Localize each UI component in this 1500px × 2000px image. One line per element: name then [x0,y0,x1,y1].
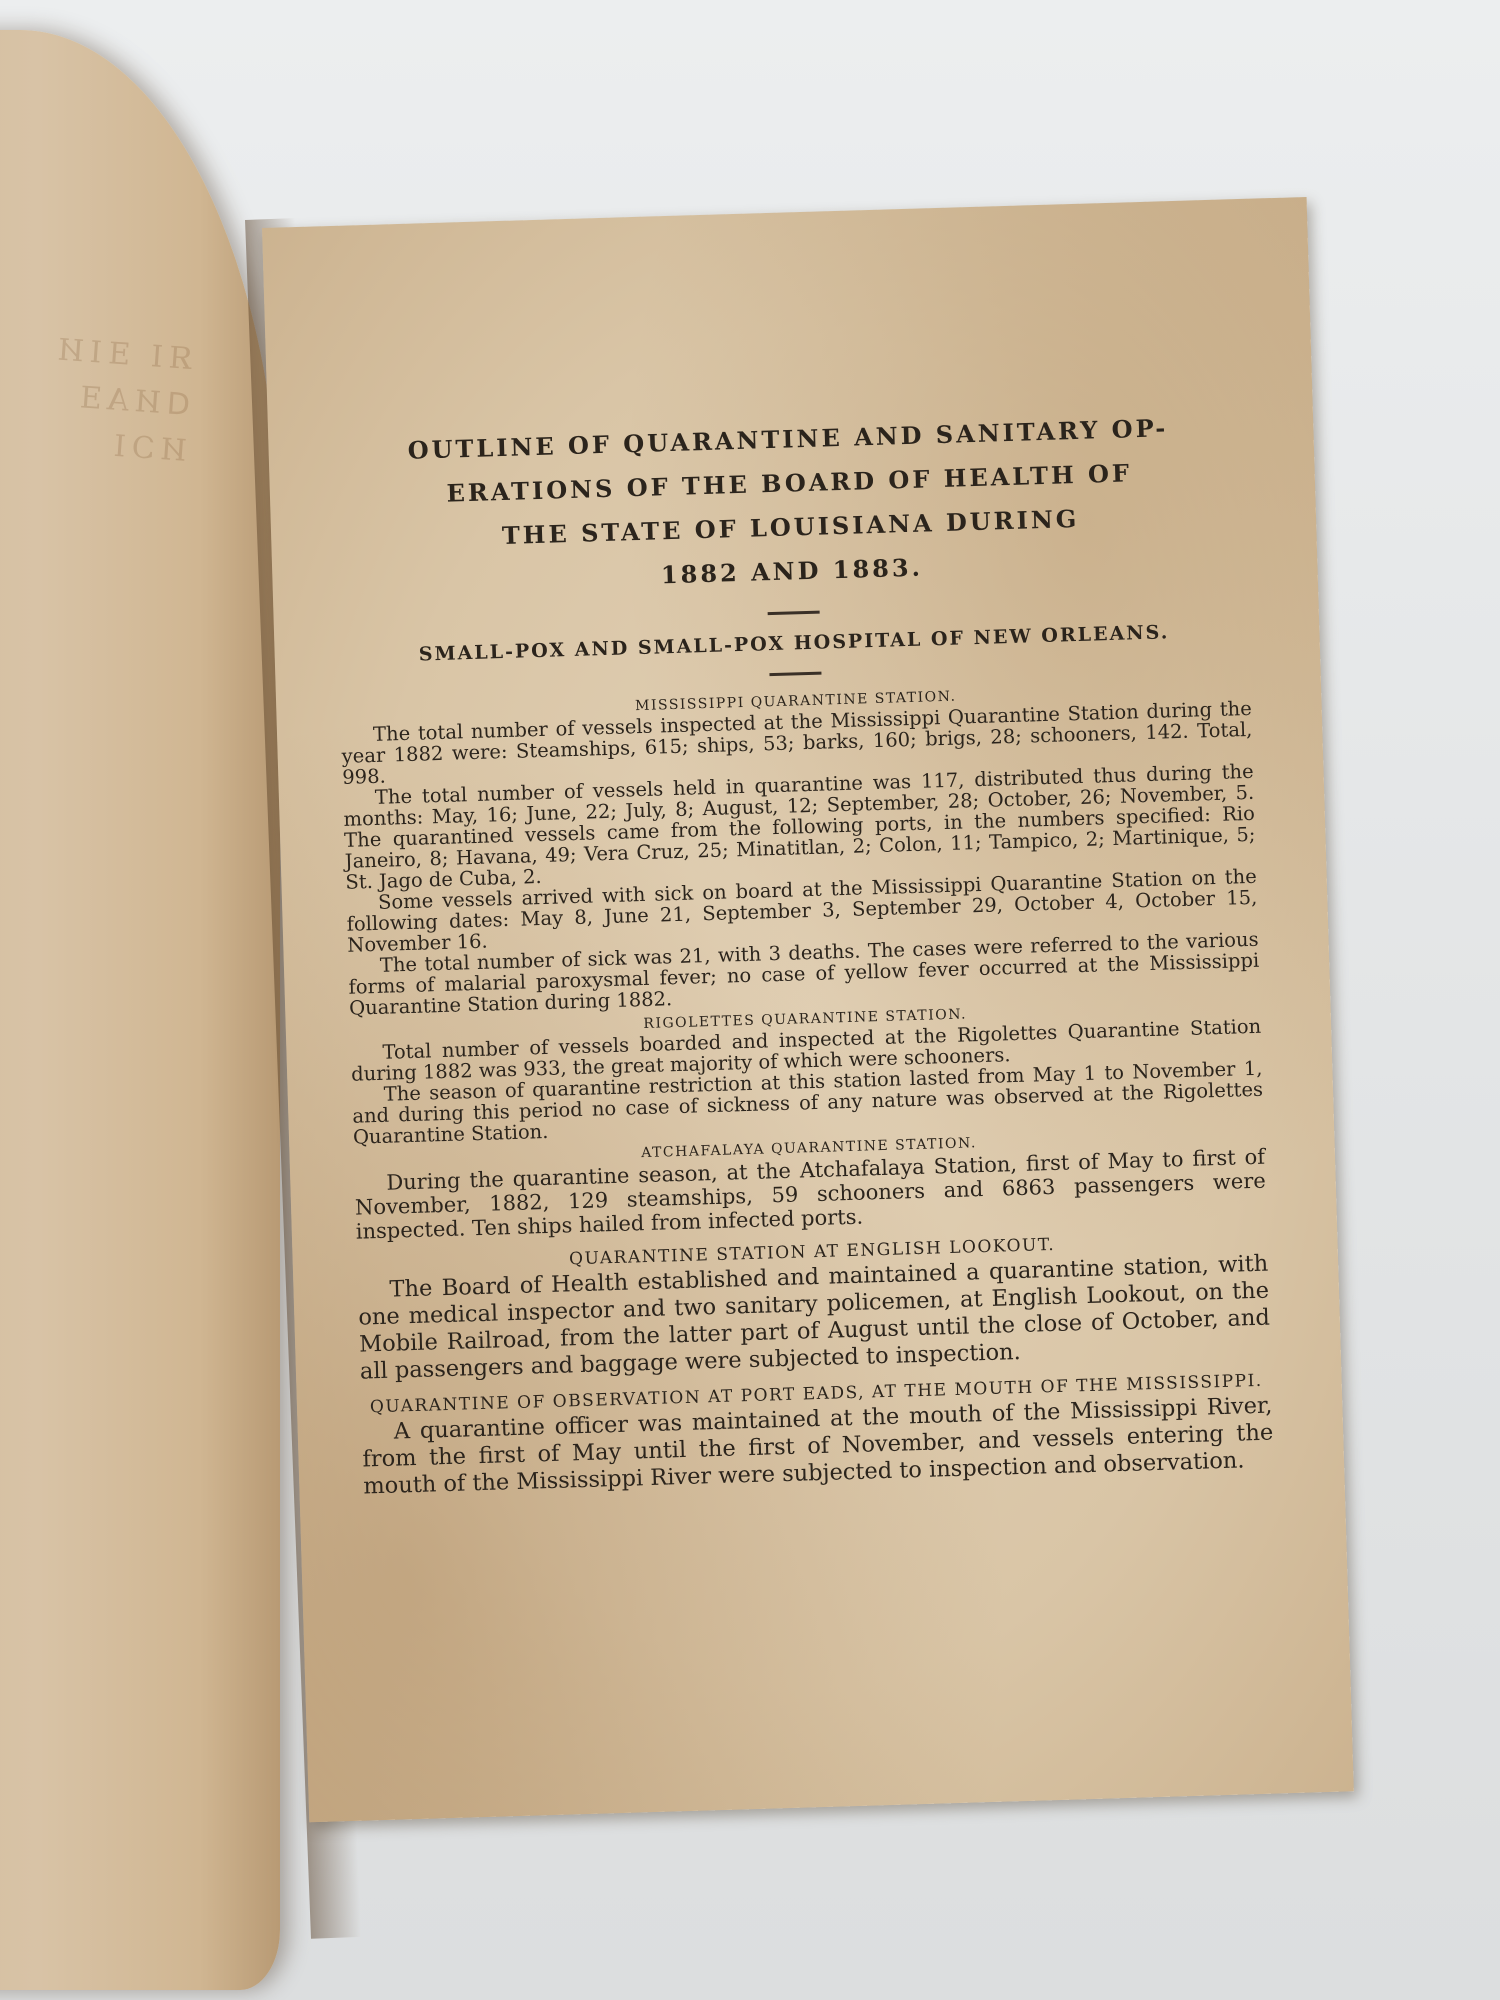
document-title: OUTLINE OF QUARANTINE AND SANITARY OP- E… [332,404,1248,607]
bleed-through-text: ЯI ƎIИ ᗡИAƎ ИƆI [0,323,195,475]
document-page: OUTLINE OF QUARANTINE AND SANITARY OP- E… [262,197,1354,1822]
section-mississippi: MISSISSIPPI QUARANTINE STATION. The tota… [340,680,1260,1019]
section-port-eads: QUARANTINE OF OBSERVATION AT PORT EADS, … [361,1371,1275,1501]
left-facing-page: ЯI ƎIИ ᗡИAƎ ИƆI [0,30,280,1990]
page-content: OUTLINE OF QUARANTINE AND SANITARY OP- E… [332,404,1274,1501]
title-divider [767,611,819,616]
section-english-lookout: QUARANTINE STATION AT ENGLISH LOOKOUT. T… [357,1229,1271,1386]
section-rigolettes: RIGOLETTES QUARANTINE STATION. Total num… [350,998,1264,1148]
subtitle-divider [769,672,821,677]
document-subtitle: SMALL-POX AND SMALL-POX HOSPITAL OF NEW … [338,619,1249,668]
